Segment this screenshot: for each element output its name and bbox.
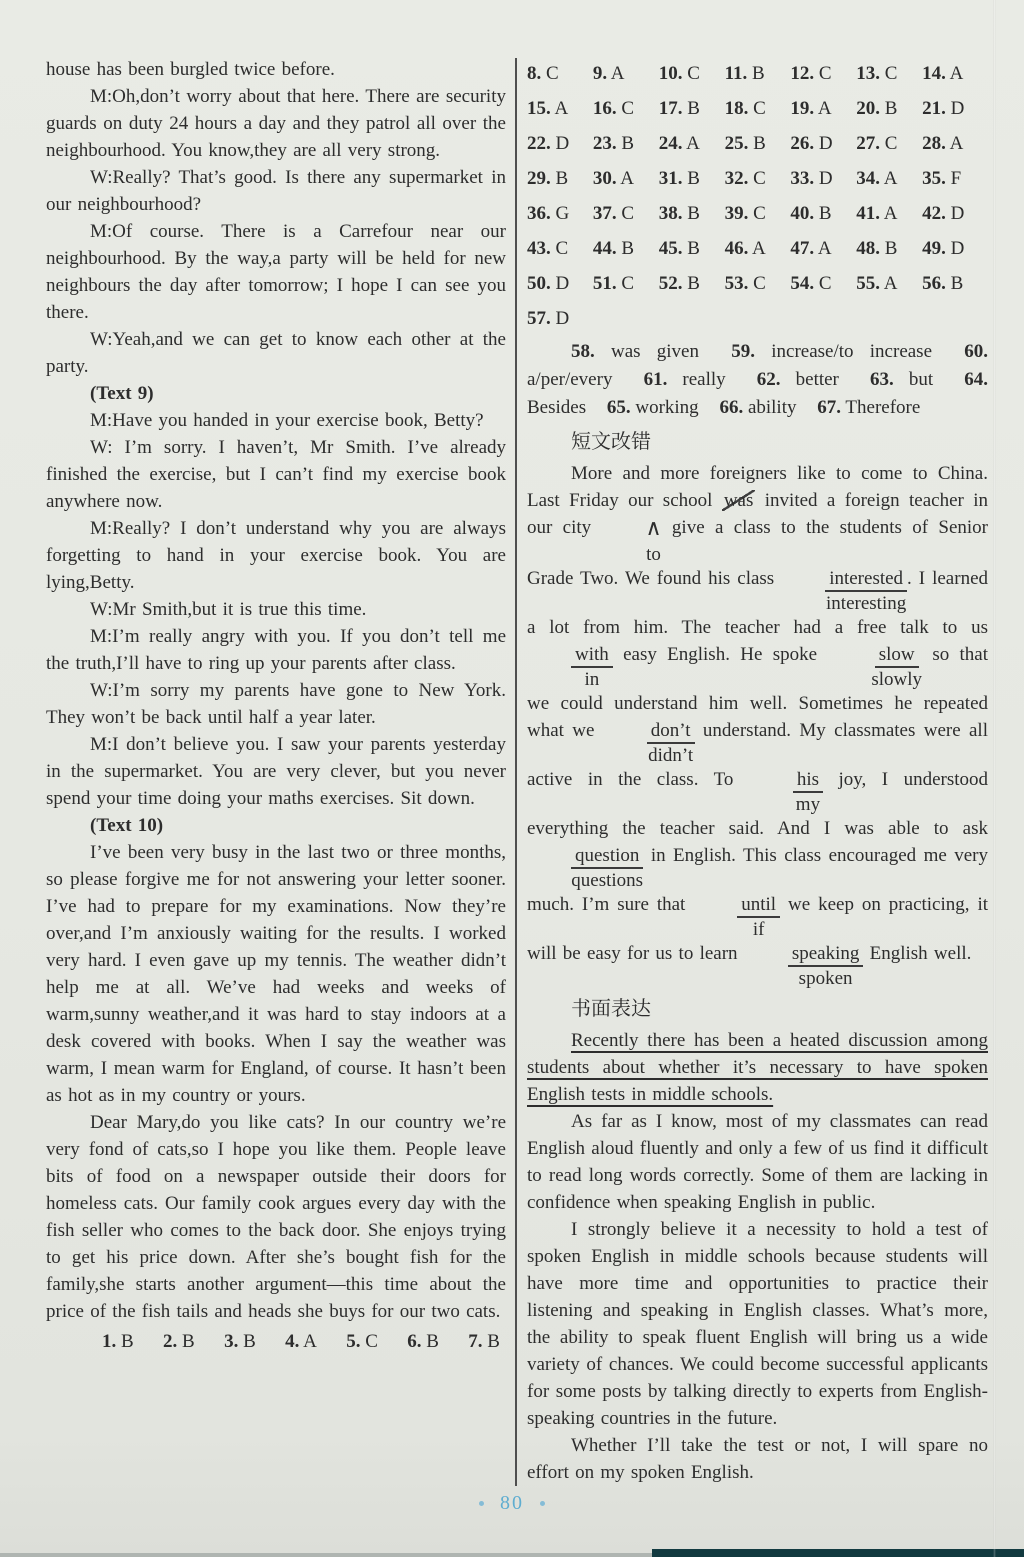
essay-paragraph: I strongly believe it a necessity to hol… bbox=[527, 1216, 988, 1432]
dialogue-paragraph: I’ve been very busy in the last two or t… bbox=[46, 839, 506, 1109]
correction-pair: within bbox=[527, 641, 613, 690]
answer-item: 16. C bbox=[593, 91, 659, 126]
answer-number: 16. bbox=[593, 98, 617, 119]
choice-answers-row: 1. B2. B3. B4. A5. C6. B7. B bbox=[46, 1325, 506, 1357]
answer-number: 40. bbox=[790, 203, 814, 224]
insertion-caret: ∧ bbox=[645, 515, 661, 540]
answer-item: 51. C bbox=[593, 266, 659, 301]
section-heading-written-expression: 书面表达 bbox=[527, 992, 988, 1025]
error-word: with bbox=[571, 644, 613, 668]
error-word: slow bbox=[875, 644, 919, 668]
section-heading-error-correction: 短文改错 bbox=[527, 425, 988, 458]
answer-item: 12. C bbox=[790, 56, 856, 91]
answer-item: 40. B bbox=[790, 196, 856, 231]
answer-number: 43. bbox=[527, 238, 551, 259]
right-column: 8. C9. A10. C11. B12. C13. C14. A15. A16… bbox=[527, 56, 988, 1486]
answer-number: 13. bbox=[856, 63, 880, 84]
answer-number: 12. bbox=[790, 63, 814, 84]
answer-item: 39. C bbox=[725, 196, 791, 231]
answer-item: 49. D bbox=[922, 231, 988, 266]
fill-answer-item: 62. better bbox=[757, 369, 839, 390]
answer-item: 41. A bbox=[856, 196, 922, 231]
fill-answer-item: 66. ability bbox=[719, 397, 796, 418]
answer-item: 2. B bbox=[163, 1327, 195, 1357]
answer-item: 43. C bbox=[527, 231, 593, 266]
dialogue-paragraph: M:Have you handed in your exercise book,… bbox=[46, 407, 506, 434]
answer-number: 62. bbox=[757, 369, 781, 390]
answer-number: 64. bbox=[964, 369, 988, 390]
choice-answer-grid: 8. C9. A10. C11. B12. C13. C14. A15. A16… bbox=[527, 56, 988, 336]
answer-item: 6. B bbox=[407, 1327, 439, 1357]
answer-item: 8. C bbox=[527, 56, 593, 91]
answer-number: 48. bbox=[856, 238, 880, 259]
answer-number: 10. bbox=[659, 63, 683, 84]
answer-item: 24. A bbox=[659, 126, 725, 161]
error-correction-passage: More and more foreigners like to come to… bbox=[527, 460, 988, 989]
correction-word: in bbox=[527, 668, 613, 690]
correction-word: didn’t bbox=[603, 744, 695, 766]
answer-item: 17. B bbox=[659, 91, 725, 126]
answer-number: 4. bbox=[285, 1331, 299, 1352]
footer-dot-right bbox=[540, 1501, 545, 1506]
answer-number: 6. bbox=[407, 1331, 421, 1352]
error-word: speaking bbox=[788, 943, 864, 967]
next-page-edge bbox=[652, 1549, 1024, 1557]
answer-number: 28. bbox=[922, 133, 946, 154]
answer-item: 33. D bbox=[790, 161, 856, 196]
answer-number: 39. bbox=[725, 203, 749, 224]
answer-item: 9. A bbox=[593, 56, 659, 91]
error-word: his bbox=[793, 769, 823, 793]
answer-item: 3. B bbox=[224, 1327, 256, 1357]
answer-number: 66. bbox=[719, 397, 743, 418]
answer-number: 53. bbox=[725, 273, 749, 294]
correction-word: to bbox=[601, 543, 661, 565]
answer-number: 59. bbox=[731, 341, 755, 362]
dialogue-paragraph: M:I’m really angry with you. If you don’… bbox=[46, 623, 506, 677]
answer-number: 8. bbox=[527, 63, 541, 84]
correction-pair: interestedinteresting bbox=[781, 565, 907, 614]
answer-item: 11. B bbox=[725, 56, 791, 91]
answer-item: 54. C bbox=[790, 266, 856, 301]
answer-item: 15. A bbox=[527, 91, 593, 126]
answer-number: 47. bbox=[790, 238, 814, 259]
answer-item: 13. C bbox=[856, 56, 922, 91]
dialogue-paragraph: W: I’m sorry. I haven’t, Mr Smith. I’ve … bbox=[46, 434, 506, 515]
answer-item: 23. B bbox=[593, 126, 659, 161]
answer-number: 38. bbox=[659, 203, 683, 224]
answer-item: 37. C bbox=[593, 196, 659, 231]
answer-item: 56. B bbox=[922, 266, 988, 301]
answer-item: 20. B bbox=[856, 91, 922, 126]
answer-number: 9. bbox=[593, 63, 607, 84]
answer-item: 42. D bbox=[922, 196, 988, 231]
answer-number: 32. bbox=[725, 168, 749, 189]
written-expression-essay: Recently there has been a heated discuss… bbox=[527, 1027, 988, 1486]
dialogue-paragraph: M:I don’t believe you. I saw your parent… bbox=[46, 731, 506, 812]
answer-item: 19. A bbox=[790, 91, 856, 126]
answer-number: 11. bbox=[725, 63, 748, 84]
essay-intro-underlined: Recently there has been a heated discuss… bbox=[527, 1027, 988, 1108]
answer-item: 30. A bbox=[593, 161, 659, 196]
answer-item: 47. A bbox=[790, 231, 856, 266]
answer-number: 31. bbox=[659, 168, 683, 189]
dialogue-paragraph: W:Really? That’s good. Is there any supe… bbox=[46, 164, 506, 218]
answer-item: 55. A bbox=[856, 266, 922, 301]
error-word: don’t bbox=[647, 720, 695, 744]
answer-item: 28. A bbox=[922, 126, 988, 161]
answer-item: 27. C bbox=[856, 126, 922, 161]
answer-number: 24. bbox=[659, 133, 683, 154]
fill-answer-item: 61. really bbox=[644, 369, 726, 390]
answer-item: 50. D bbox=[527, 266, 593, 301]
answer-item: 22. D bbox=[527, 126, 593, 161]
answer-number: 17. bbox=[659, 98, 683, 119]
answer-item: 26. D bbox=[790, 126, 856, 161]
answer-item: 18. C bbox=[725, 91, 791, 126]
answer-number: 42. bbox=[922, 203, 946, 224]
correction-word: my bbox=[749, 793, 823, 815]
answer-number: 19. bbox=[790, 98, 814, 119]
dialogue-paragraph: house has been burgled twice before. bbox=[46, 56, 506, 83]
answer-number: 67. bbox=[817, 397, 841, 418]
answer-number: 45. bbox=[659, 238, 683, 259]
dialogue-paragraph: Dear Mary,do you like cats? In our count… bbox=[46, 1109, 506, 1325]
fill-answer-item: 58. was given bbox=[571, 341, 699, 362]
answer-item: 32. C bbox=[725, 161, 791, 196]
answer-number: 21. bbox=[922, 98, 946, 119]
answer-number: 46. bbox=[725, 238, 749, 259]
answer-item: 36. G bbox=[527, 196, 593, 231]
correction-word: spoken bbox=[744, 967, 864, 989]
answer-item: 35. F bbox=[922, 161, 988, 196]
answer-number: 20. bbox=[856, 98, 880, 119]
fill-answer-item: 67. Therefore bbox=[817, 397, 920, 418]
error-word: until bbox=[737, 894, 780, 918]
answer-number: 29. bbox=[527, 168, 551, 189]
answer-item: 31. B bbox=[659, 161, 725, 196]
answer-number: 7. bbox=[468, 1331, 482, 1352]
dialogue-paragraph: M:Of course. There is a Carrefour near o… bbox=[46, 218, 506, 326]
answer-item: 21. D bbox=[922, 91, 988, 126]
left-column: house has been burgled twice before.M:Oh… bbox=[46, 56, 506, 1486]
answer-number: 61. bbox=[644, 369, 668, 390]
answer-number: 35. bbox=[922, 168, 946, 189]
text-run: easy English. He spoke bbox=[613, 644, 828, 665]
text-heading: (Text 9) bbox=[46, 380, 506, 407]
answer-item: 4. A bbox=[285, 1327, 317, 1357]
answer-number: 54. bbox=[790, 273, 814, 294]
fill-answer-item: 59. increase/to increase bbox=[731, 341, 932, 362]
answer-number: 27. bbox=[856, 133, 880, 154]
answer-number: 60. bbox=[964, 341, 988, 362]
struck-out-word: was bbox=[722, 490, 756, 511]
answer-number: 37. bbox=[593, 203, 617, 224]
answer-item: 45. B bbox=[659, 231, 725, 266]
answer-number: 65. bbox=[607, 397, 631, 418]
answer-number: 25. bbox=[725, 133, 749, 154]
answer-number: 50. bbox=[527, 273, 551, 294]
answer-number: 15. bbox=[527, 98, 551, 119]
answer-number: 55. bbox=[856, 273, 880, 294]
answer-item: 48. B bbox=[856, 231, 922, 266]
answer-item: 52. B bbox=[659, 266, 725, 301]
answer-number: 58. bbox=[571, 341, 595, 362]
answer-number: 3. bbox=[224, 1331, 238, 1352]
dialogue-paragraph: W:Yeah,and we can get to know each other… bbox=[46, 326, 506, 380]
fill-answer-item: 65. working bbox=[607, 397, 699, 418]
page-footer: 80 bbox=[0, 1490, 1024, 1517]
answer-number: 56. bbox=[922, 273, 946, 294]
answer-number: 26. bbox=[790, 133, 814, 154]
insertion-pair: ∧to bbox=[601, 514, 661, 565]
answer-number: 14. bbox=[922, 63, 946, 84]
answer-number: 51. bbox=[593, 273, 617, 294]
dialogue-paragraph: W:Mr Smith,but it is true this time. bbox=[46, 596, 506, 623]
error-word: interested bbox=[825, 568, 907, 592]
dialogue-paragraph: M:Oh,don’t worry about that here. There … bbox=[46, 83, 506, 164]
correction-word: slowly bbox=[827, 668, 922, 690]
answer-number: 63. bbox=[870, 369, 894, 390]
answer-item: 14. A bbox=[922, 56, 988, 91]
answer-item: 57. D bbox=[527, 301, 593, 336]
answer-number: 22. bbox=[527, 133, 551, 154]
answer-number: 41. bbox=[856, 203, 880, 224]
two-column-layout: house has been burgled twice before.M:Oh… bbox=[0, 0, 1024, 1486]
answer-number: 49. bbox=[922, 238, 946, 259]
answer-item: 29. B bbox=[527, 161, 593, 196]
essay-paragraph: As far as I know, most of my classmates … bbox=[527, 1108, 988, 1216]
text-run: English well. bbox=[863, 943, 971, 964]
answer-number: 33. bbox=[790, 168, 814, 189]
answer-item: 46. A bbox=[725, 231, 791, 266]
error-word: question bbox=[571, 845, 643, 869]
answer-item: 1. B bbox=[102, 1327, 134, 1357]
fill-answer-item: 63. but bbox=[870, 369, 933, 390]
footer-dot-left bbox=[479, 1501, 484, 1506]
correction-pair: questionquestions bbox=[527, 842, 643, 891]
correction-pair: hismy bbox=[749, 766, 823, 815]
answer-item: 38. B bbox=[659, 196, 725, 231]
correction-pair: untilif bbox=[693, 891, 780, 940]
answer-number: 36. bbox=[527, 203, 551, 224]
answer-number: 57. bbox=[527, 308, 551, 329]
answer-item: 5. C bbox=[346, 1327, 378, 1357]
column-divider-rule bbox=[515, 58, 517, 1486]
answer-number: 52. bbox=[659, 273, 683, 294]
answer-item: 25. B bbox=[725, 126, 791, 161]
correction-word: if bbox=[693, 918, 780, 940]
correction-word: questions bbox=[527, 869, 643, 891]
dialogue-paragraph: M:Really? I don’t understand why you are… bbox=[46, 515, 506, 596]
scanned-answer-page: house has been burgled twice before.M:Oh… bbox=[0, 0, 1024, 1557]
essay-paragraph: Whether I’ll take the test or not, I wil… bbox=[527, 1432, 988, 1486]
correction-pair: don’tdidn’t bbox=[603, 717, 695, 766]
answer-number: 18. bbox=[725, 98, 749, 119]
dialogue-paragraph: W:I’m sorry my parents have gone to New … bbox=[46, 677, 506, 731]
page-number: 80 bbox=[500, 1492, 524, 1514]
fill-in-answers: 58. was given 59. increase/to increase 6… bbox=[527, 338, 988, 422]
answer-number: 2. bbox=[163, 1331, 177, 1352]
answer-number: 5. bbox=[346, 1331, 360, 1352]
correction-pair: speakingspoken bbox=[744, 940, 864, 989]
answer-number: 30. bbox=[593, 168, 617, 189]
answer-number: 23. bbox=[593, 133, 617, 154]
answer-item: 44. B bbox=[593, 231, 659, 266]
answer-item: 7. B bbox=[468, 1327, 500, 1357]
answer-number: 44. bbox=[593, 238, 617, 259]
answer-number: 34. bbox=[856, 168, 880, 189]
answer-item: 10. C bbox=[659, 56, 725, 91]
text-heading: (Text 10) bbox=[46, 812, 506, 839]
answer-number: 1. bbox=[102, 1331, 116, 1352]
answer-item: 34. A bbox=[856, 161, 922, 196]
correction-word: interesting bbox=[781, 592, 907, 614]
answer-item: 53. C bbox=[725, 266, 791, 301]
correction-pair: slowslowly bbox=[827, 641, 922, 690]
